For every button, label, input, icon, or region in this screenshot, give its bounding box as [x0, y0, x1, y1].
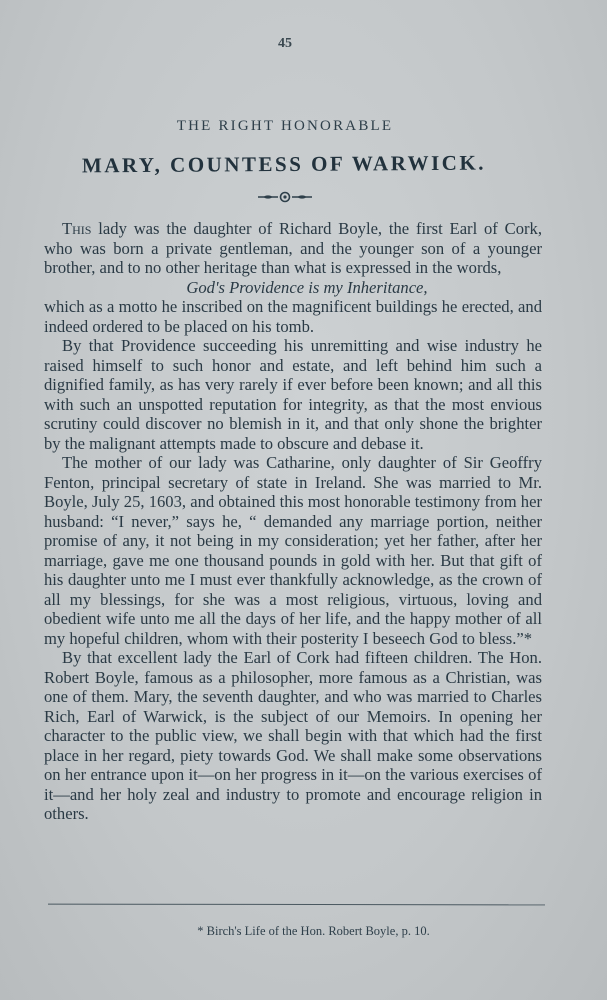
paragraph-1-text: lady was the daughter of Richard Boyle, …	[44, 219, 542, 277]
pre-title: THE RIGHT HONORABLE	[0, 118, 570, 135]
body-text: This lady was the daughter of Richard Bo…	[44, 219, 542, 824]
drop-lead-word: This	[62, 219, 91, 238]
footnote: * Birch's Life of the Hon. Robert Boyle,…	[0, 924, 607, 939]
page-title: MARY, COUNTESS OF WARWICK.	[44, 150, 524, 178]
page-number: 45	[0, 36, 570, 52]
paragraph-1-continued: which as a motto he inscribed on the mag…	[44, 297, 542, 336]
motto: God's Providence is my Inheritance,	[44, 278, 542, 298]
paragraph-1: This lady was the daughter of Richard Bo…	[44, 219, 542, 278]
footnote-divider	[48, 904, 545, 906]
paragraph-2: By that Providence succeeding his unremi…	[44, 336, 542, 453]
paragraph-4: By that excellent lady the Earl of Cork …	[44, 648, 542, 824]
flourish-ornament-icon	[256, 190, 314, 204]
paragraph-3: The mother of our lady was Catharine, on…	[44, 453, 542, 648]
